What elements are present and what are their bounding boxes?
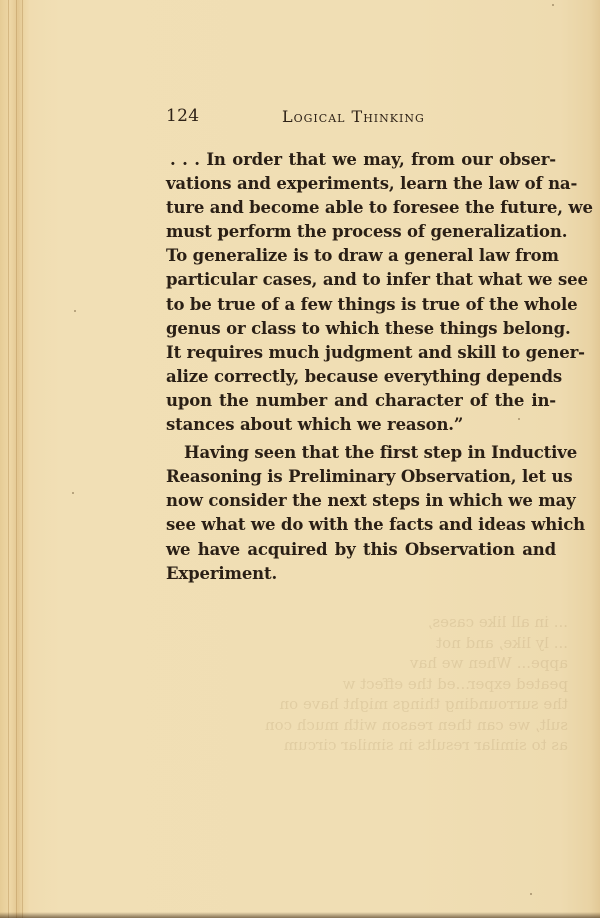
text-line: It requires much judgment and skill to g… — [166, 341, 556, 365]
text-line: upon the number and character of the in- — [166, 389, 556, 413]
text-line: see what we do with the facts and ideas … — [166, 513, 556, 537]
show-through-line: ... ly like, and not — [318, 633, 568, 654]
text-line: particular cases, and to infer that what… — [166, 268, 556, 292]
page-edge-line — [16, 0, 17, 918]
paragraph-inductive-reasoning: Having seen that the first step in Induc… — [166, 441, 556, 586]
text-line: stances about which we reason.” — [166, 413, 556, 437]
show-through-line: sult, we can then reason with much con — [318, 715, 568, 736]
show-through-line: peated exper...ed the effect w — [318, 674, 568, 695]
body-text: . . . In order that we may, from our obs… — [166, 148, 556, 586]
text-line: To generalize is to draw a general law f… — [166, 244, 556, 268]
text-line: genus or class to which these things bel… — [166, 317, 556, 341]
text-line: Having seen that the first step in Induc… — [166, 441, 556, 465]
page-edge-line — [8, 0, 9, 918]
paper-speck — [552, 4, 554, 6]
book-page: 124 Logical Thinking . . . In order that… — [0, 0, 600, 918]
text-line: we have acquired by this Observation and — [166, 538, 556, 562]
show-through-line: as to similar results in similar circum — [318, 735, 568, 756]
paragraph-quote: . . . In order that we may, from our obs… — [166, 148, 556, 437]
paper-speck — [518, 418, 520, 420]
text-line: must perform the process of generalizati… — [166, 220, 556, 244]
page-header: 124 Logical Thinking — [166, 104, 556, 132]
page-number: 124 — [166, 106, 199, 126]
paper-speck — [72, 492, 74, 494]
paper-speck — [74, 310, 76, 312]
text-line: now consider the next steps in which we … — [166, 489, 556, 513]
text-line: Reasoning is Preliminary Observation, le… — [166, 465, 556, 489]
paper-speck — [530, 893, 532, 895]
text-line: alize correctly, because everything depe… — [166, 365, 556, 389]
running-title: Logical Thinking — [282, 107, 425, 126]
text-line: to be true of a few things is true of th… — [166, 293, 556, 317]
show-through-line: appe... When we hav — [318, 653, 568, 674]
show-through-line: the surrounding things might have on — [318, 694, 568, 715]
text-line: ture and become able to foresee the futu… — [166, 196, 556, 220]
page-edge-line — [22, 0, 23, 918]
show-through-line: ... in all like cases, — [318, 612, 568, 633]
text-line: Experiment. — [166, 562, 556, 586]
text-line: vations and experiments, learn the law o… — [166, 172, 556, 196]
text-line: . . . In order that we may, from our obs… — [166, 148, 556, 172]
show-through-text: ... in all like cases, ... ly like, and … — [318, 612, 568, 756]
